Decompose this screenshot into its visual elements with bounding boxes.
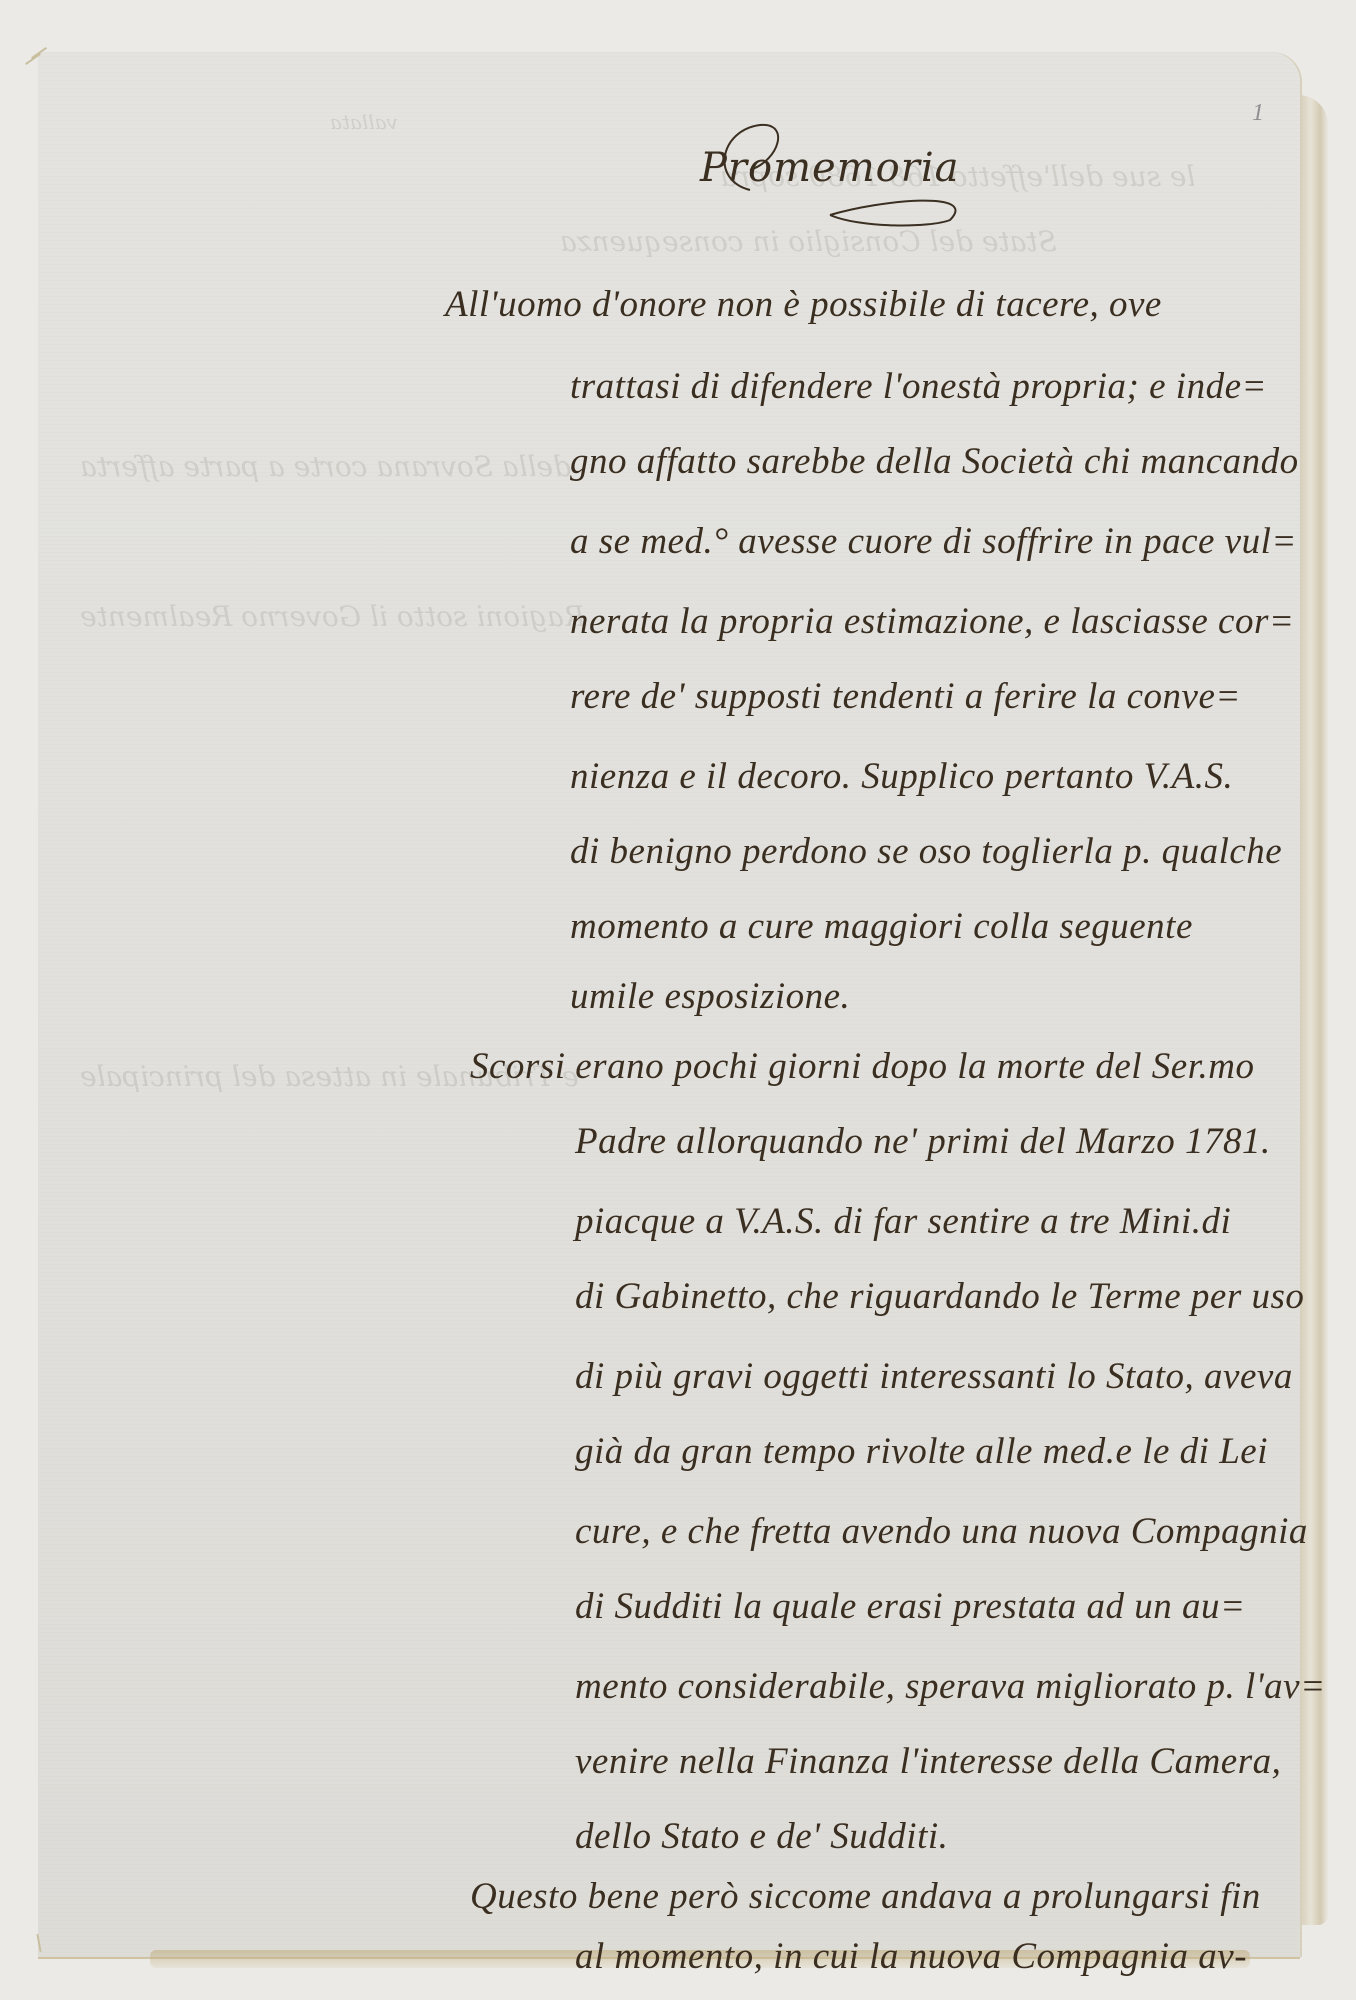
manuscript-line: al momento, in cui la nuova Compagnia av…	[575, 1935, 1247, 1978]
manuscript-line: momento a cure maggiori colla seguente	[570, 905, 1193, 948]
manuscript-line: piacque a V.A.S. di far sentire a tre Mi…	[575, 1200, 1231, 1243]
manuscript-line: di benigno perdono se oso toglierla p. q…	[570, 830, 1282, 873]
folio-number: 1	[1252, 100, 1264, 127]
bleed-through-text: della Sovrana corte a parte afferta	[80, 450, 571, 483]
manuscript-line: trattasi di difendere l'onestà propria; …	[570, 365, 1267, 408]
manuscript-line: Scorsi erano pochi giorni dopo la morte …	[470, 1045, 1254, 1088]
manuscript-line: di Sudditi la quale erasi prestata ad un…	[575, 1585, 1245, 1628]
bleed-through-text: Ragioni sotto il Governo Realmente	[80, 600, 585, 633]
manuscript-line: a se med.° avesse cuore di soffrire in p…	[570, 520, 1297, 563]
manuscript-line: All'uomo d'onore non è possibile di tace…	[445, 283, 1162, 326]
manuscript-line: rere de' supposti tendenti a ferire la c…	[570, 675, 1241, 718]
manuscript-line: nerata la propria estimazione, e lascias…	[570, 600, 1294, 643]
manuscript-line: venire nella Finanza l'interesse della C…	[575, 1740, 1281, 1783]
manuscript-line: Questo bene però siccome andava a prolun…	[470, 1875, 1261, 1918]
document-title: Promemoria	[700, 145, 960, 191]
manuscript-line: già da gran tempo rivolte alle med.e le …	[575, 1430, 1268, 1473]
manuscript-line: nienza e il decoro. Supplico pertanto V.…	[570, 755, 1233, 798]
manuscript-line: di Gabinetto, che riguardando le Terme p…	[575, 1275, 1304, 1318]
manuscript-line: mento considerabile, sperava migliorato …	[575, 1665, 1326, 1708]
manuscript-line: cure, e che fretta avendo una nuova Comp…	[575, 1510, 1308, 1553]
manuscript-line: di più gravi oggetti interessanti lo Sta…	[575, 1355, 1293, 1398]
manuscript-line: Padre allorquando ne' primi del Marzo 17…	[575, 1120, 1271, 1163]
manuscript-line: dello Stato e de' Sudditi.	[575, 1815, 948, 1858]
manuscript-line: gno affatto sarebbe della Società chi ma…	[570, 440, 1299, 483]
manuscript-line: umile esposizione.	[570, 975, 850, 1018]
bleed-through-text: vallata	[330, 110, 398, 134]
